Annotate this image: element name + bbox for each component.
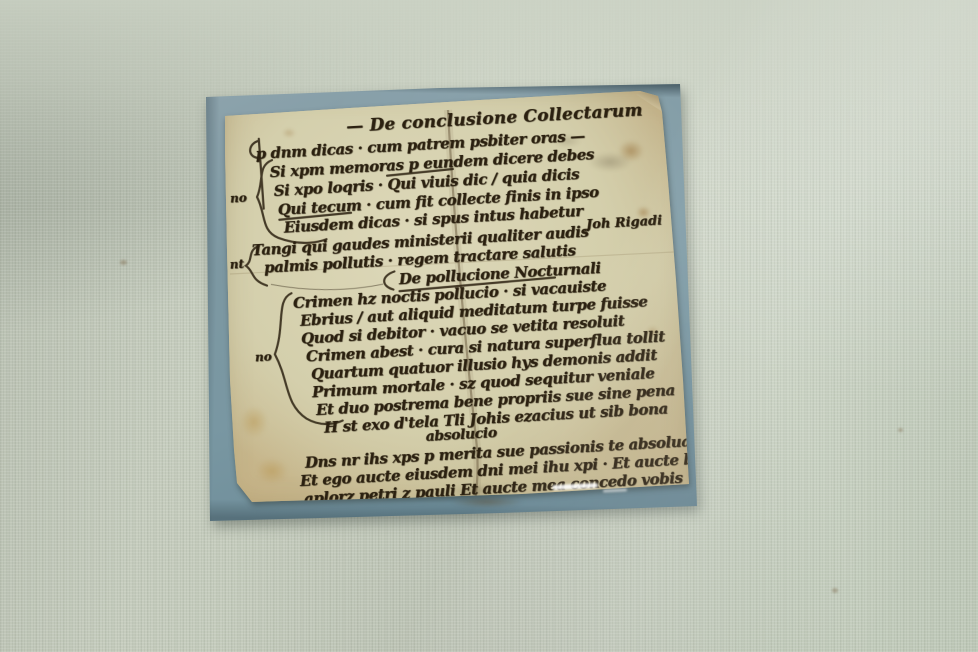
mat-dirt-stain (450, 496, 524, 508)
margin-note: no (255, 350, 272, 364)
marginal-name-annotation: Joh Rigadi (586, 214, 663, 233)
margin-note: no (230, 192, 247, 206)
ink-layer: — De conclusione Collectarum p dnm dicas… (211, 75, 704, 521)
margin-note: nt (229, 258, 244, 272)
fabric-speck (832, 588, 838, 593)
fabric-speck (898, 428, 903, 432)
fabric-speck (120, 260, 127, 265)
photo-scene: — De conclusione Collectarum p dnm dicas… (0, 0, 978, 652)
manuscript-page: — De conclusione Collectarum p dnm dicas… (222, 88, 692, 508)
section-heading-absolucio: absolucio (425, 426, 497, 445)
